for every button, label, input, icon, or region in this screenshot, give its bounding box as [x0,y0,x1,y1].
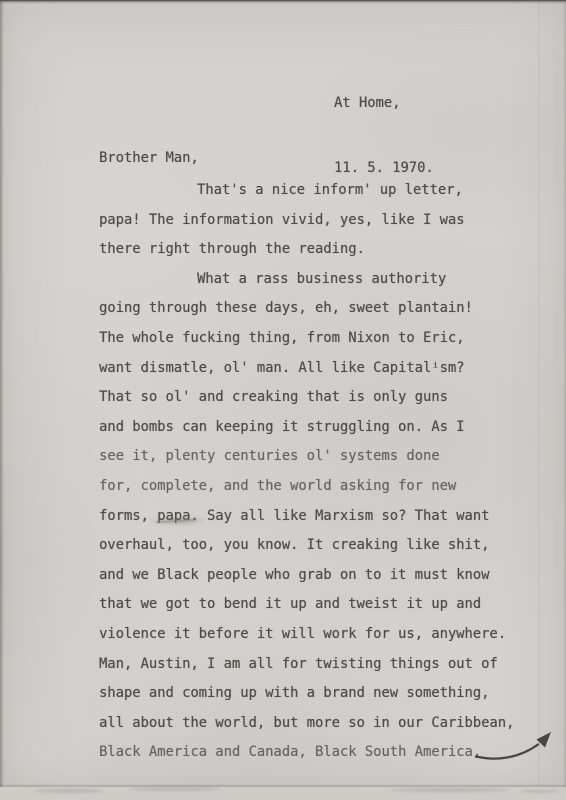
letter-line: papa! The information vivid, yes, like I… [99,206,539,236]
dateline-place: At Home, [334,87,434,120]
letter-line: overhaul, too, you know. It creaking lik… [99,531,539,561]
bottom-smudge [390,788,510,792]
scan-streak [538,0,540,800]
letter-line: that we got to bend it up and tweist it … [99,590,539,620]
letter-line: want dismatle, ol' man. All like Capital… [99,354,539,384]
paper-left-edge [0,0,4,800]
bottom-smudge [520,790,560,793]
hand-drawn-arrow-icon [470,724,566,768]
letter-body: That's a nice inform' up letter,papa! Th… [99,176,539,768]
letter-line: shape and coming up with a brand new som… [99,679,539,709]
letter-line: there right through the reading. [99,235,539,265]
letter-line: see it, plenty centuries ol' systems don… [99,442,539,472]
letter-line: That so ol' and creaking that is only gu… [99,383,539,413]
letter-line: and we Black people who grab on to it mu… [99,561,539,591]
letter-line: Man, Austin, I am all for twisting thing… [99,650,539,680]
letter-line: violence it before it will work for us, … [99,620,539,650]
letter-line: going through these days, eh, sweet plan… [99,294,539,324]
letter-line: That's a nice inform' up letter, [99,176,539,206]
bottom-smudge [34,789,104,793]
letter-line: and bombs can keeping it struggling on. … [99,413,539,443]
salutation: Brother Man, [99,150,199,166]
scanned-letter-page: At Home, 11. 5. 1970. Brother Man, That'… [0,0,566,800]
bottom-smudge [130,787,220,791]
paper-top-edge [0,0,566,4]
letter-line: for, complete, and the world asking for … [99,472,539,502]
letter-line: What a rass business authority [99,265,539,295]
letter-line: The whole fucking thing, from Nixon to E… [99,324,539,354]
